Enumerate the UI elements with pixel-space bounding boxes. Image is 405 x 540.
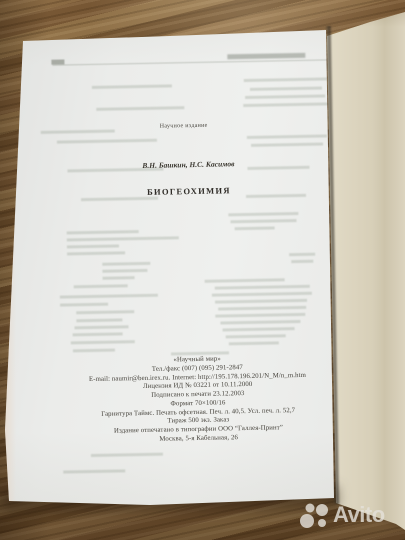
- showthrough-header-rule: [52, 59, 333, 65]
- book-photo: Научное издание В.Н. Башкин, Н.С. Касимо…: [0, 0, 405, 540]
- showthrough-running-head: [227, 53, 305, 59]
- avito-watermark-text: Avito: [333, 504, 385, 526]
- avito-watermark: Avito: [294, 498, 402, 532]
- authors-line: В.Н. Башкин, Н.С. Касимов: [98, 158, 278, 170]
- imprint-block: «Научный мир» Тел./факс (007) (095) 291-…: [59, 353, 337, 446]
- book-title: БИОГЕОХИМИЯ: [99, 184, 279, 197]
- edition-note: Научное издание: [98, 122, 270, 131]
- avito-logo-icon: [297, 499, 331, 531]
